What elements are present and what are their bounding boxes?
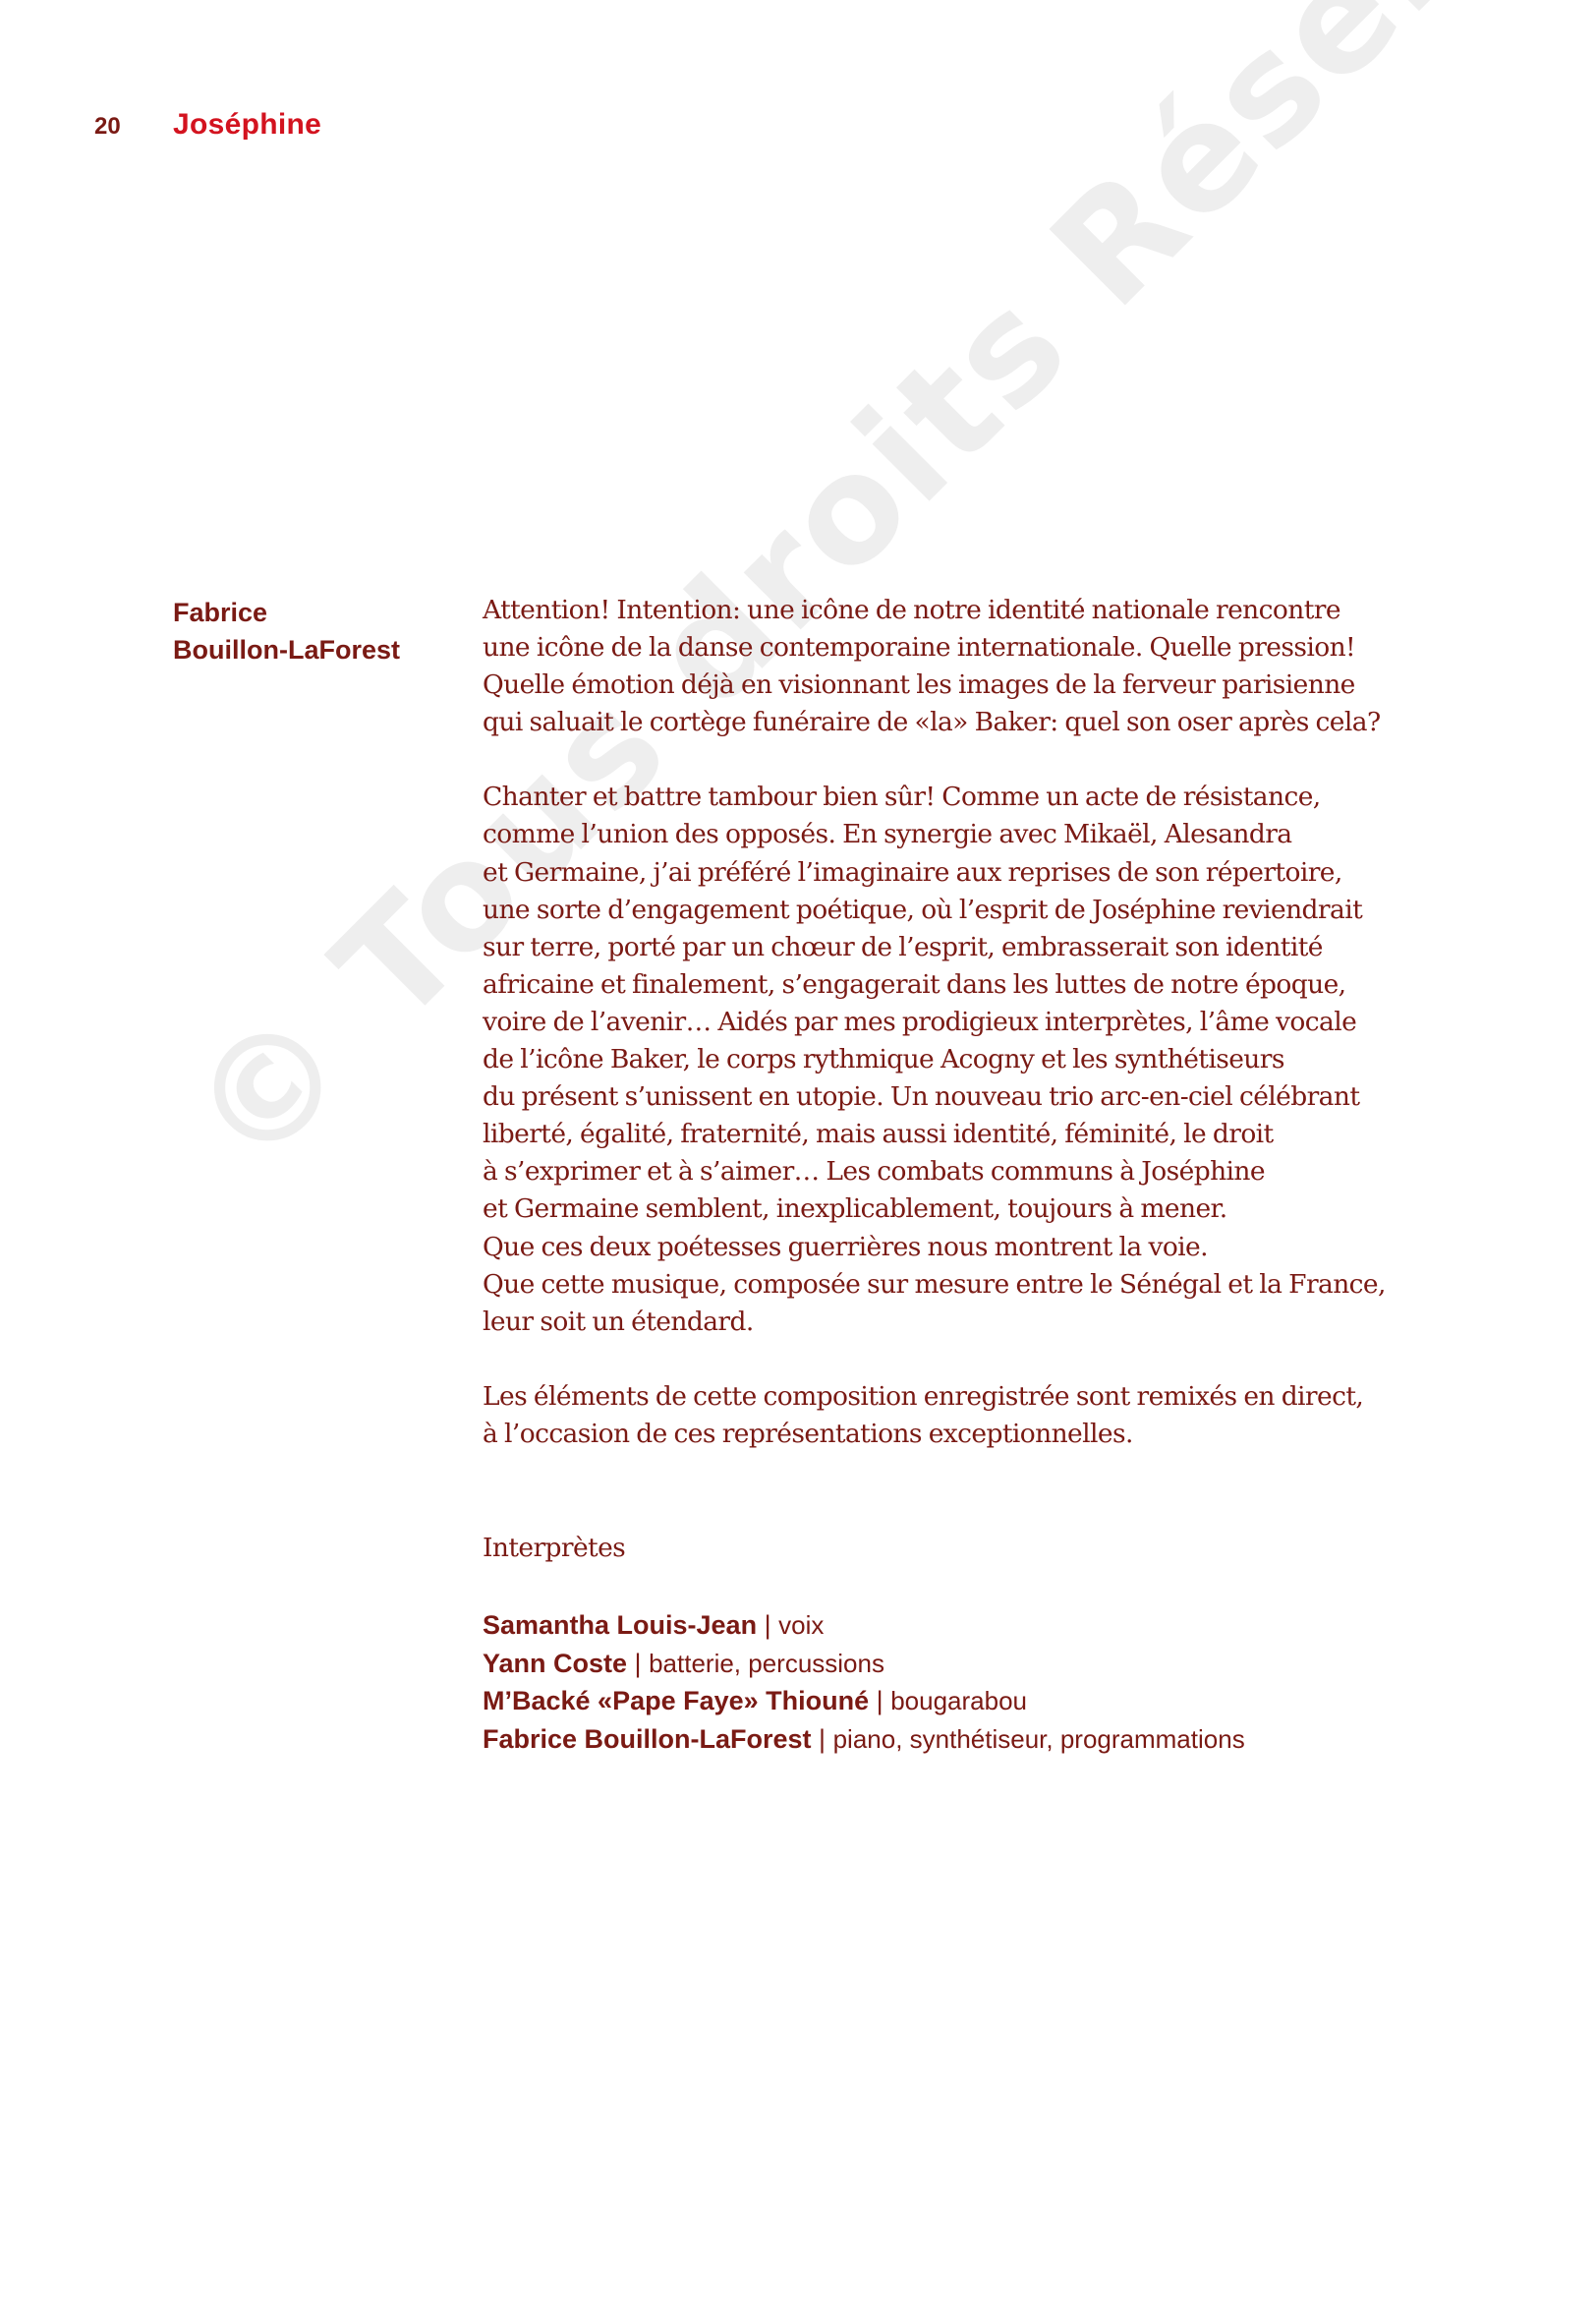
text-line: Chanter et battre tambour bien sûr! Comm…: [483, 779, 1475, 816]
credit-row: Yann Coste | batterie, percussions: [483, 1645, 1245, 1683]
text-line: du présent s’unissent en utopie. Un nouv…: [483, 1078, 1475, 1116]
credit-row: Samantha Louis-Jean | voix: [483, 1606, 1245, 1645]
performer-role: voix: [778, 1610, 824, 1640]
text-line: comme l’union des opposés. En synergie a…: [483, 816, 1475, 853]
paragraph-remix-note: Les éléments de cette composition enregi…: [483, 1378, 1475, 1453]
credit-row: M’Backé «Pape Faye» Thiouné | bougarabou: [483, 1682, 1245, 1720]
text-line: voire de l’avenir… Aidés par mes prodigi…: [483, 1004, 1475, 1041]
text-line: à s’exprimer et à s’aimer… Les combats c…: [483, 1153, 1475, 1190]
text-line: Les éléments de cette composition enregi…: [483, 1378, 1475, 1416]
credit-separator: |: [812, 1724, 833, 1754]
interpretes-heading: Interprètes: [483, 1530, 625, 1567]
credit-separator: |: [869, 1686, 890, 1715]
text-line: Que ces deux poétesses guerrières nous m…: [483, 1229, 1475, 1266]
performer-name: Samantha Louis-Jean: [483, 1610, 757, 1640]
page-number: 20: [94, 113, 173, 141]
performer-name: M’Backé «Pape Faye» Thiouné: [483, 1686, 869, 1715]
text-line: Que cette musique, composée sur mesure e…: [483, 1266, 1475, 1304]
text-line: Quelle émotion déjà en visionnant les im…: [483, 667, 1475, 704]
performer-role: batterie, percussions: [649, 1649, 884, 1678]
text-line: liberté, égalité, fraternité, mais aussi…: [483, 1116, 1475, 1153]
performer-credits: Samantha Louis-Jean | voix Yann Coste | …: [483, 1606, 1245, 1758]
performer-role: bougarabou: [890, 1686, 1027, 1715]
credit-separator: |: [757, 1610, 778, 1640]
text-line: et Germaine semblent, inexplicablement, …: [483, 1190, 1475, 1228]
text-line: leur soit un étendard.: [483, 1304, 1475, 1341]
text-line: africaine et finalement, s’engagerait da…: [483, 966, 1475, 1004]
statement-body: Attention! Intention: une icône de notre…: [483, 592, 1475, 1490]
paragraph-intro: Attention! Intention: une icône de notre…: [483, 592, 1475, 741]
performer-name: Fabrice Bouillon-LaForest: [483, 1724, 812, 1754]
text-line: qui saluait le cortège funéraire de «la»…: [483, 704, 1475, 741]
text-line: à l’occasion de ces représentations exce…: [483, 1416, 1475, 1453]
author-name: Fabrice Bouillon-LaForest: [173, 594, 400, 668]
text-line: une icône de la danse contemporaine inte…: [483, 629, 1475, 667]
text-line: Attention! Intention: une icône de notre…: [483, 592, 1475, 629]
credit-row: Fabrice Bouillon-LaForest | piano, synth…: [483, 1720, 1245, 1759]
performer-name: Yann Coste: [483, 1649, 627, 1678]
credit-separator: |: [627, 1649, 649, 1678]
paragraph-main: Chanter et battre tambour bien sûr! Comm…: [483, 779, 1475, 1340]
text-line: et Germaine, j’ai préféré l’imaginaire a…: [483, 854, 1475, 892]
author-first-name: Fabrice: [173, 594, 400, 631]
text-line: de l’icône Baker, le corps rythmique Aco…: [483, 1041, 1475, 1078]
author-last-name: Bouillon-LaForest: [173, 631, 400, 668]
page-header: 20 Joséphine: [94, 108, 321, 142]
text-line: sur terre, porté par un chœur de l’espri…: [483, 929, 1475, 966]
text-line: une sorte d’engagement poétique, où l’es…: [483, 892, 1475, 929]
performer-role: piano, synthétiseur, programmations: [833, 1724, 1245, 1754]
running-title: Joséphine: [173, 108, 321, 142]
